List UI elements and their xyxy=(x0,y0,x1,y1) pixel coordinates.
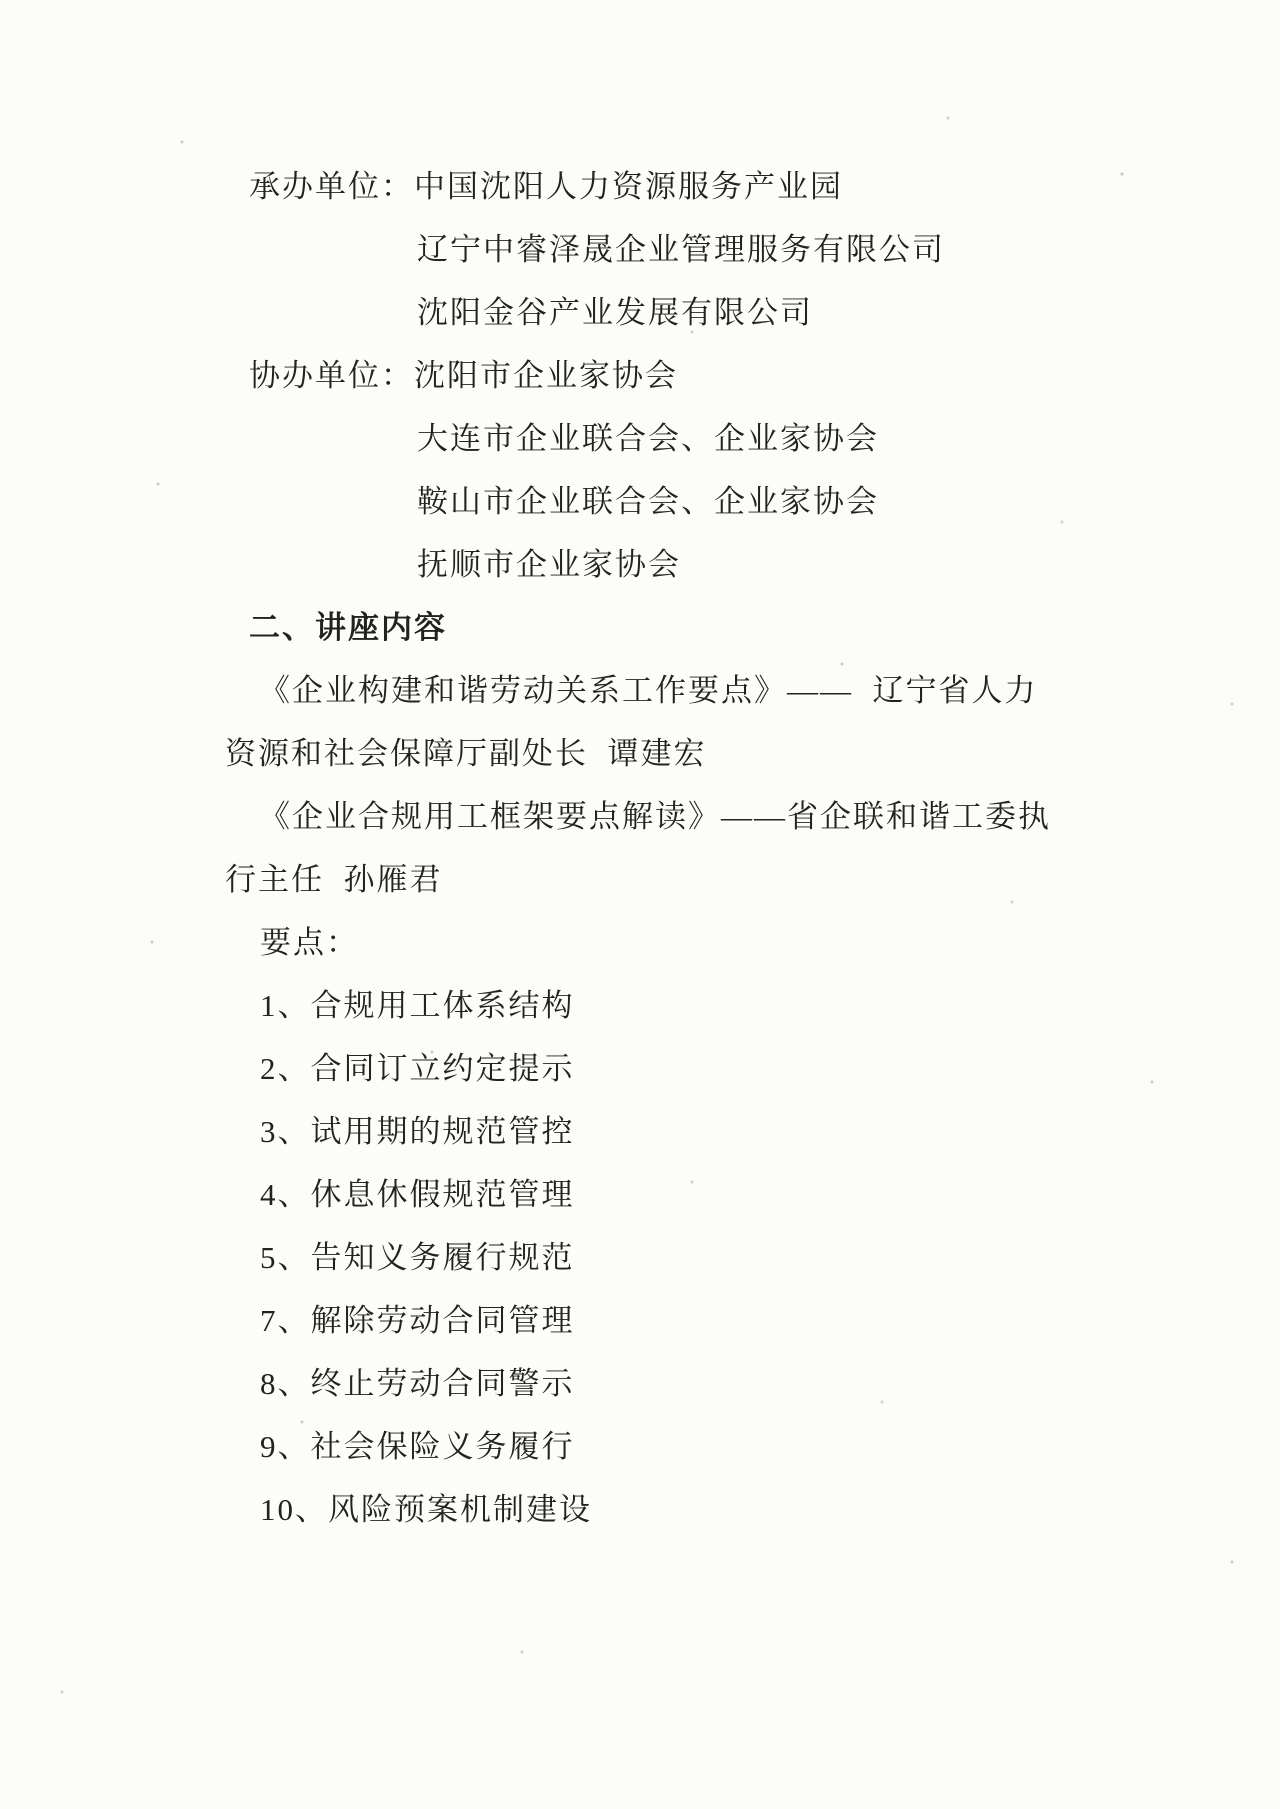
co-organizer-line: 协办单位：沈阳市企业家协会 xyxy=(225,344,1225,407)
co-organizer-label: 协办单位： xyxy=(249,358,414,393)
undertaker-item-1: 中国沈阳人力资源服务产业园 xyxy=(414,169,843,204)
key-point-item-8: 8、终止劳动合同警示 xyxy=(225,1352,1225,1415)
key-point-item-7: 7、解除劳动合同管理 xyxy=(225,1289,1225,1352)
key-points-label: 要点： xyxy=(225,911,1225,974)
lecture2-title-line: 《企业合规用工框架要点解读》——省企联和谐工委执 xyxy=(225,785,1225,848)
key-point-item-9: 9、社会保险义务履行 xyxy=(225,1415,1225,1478)
undertaker-item-3: 沈阳金谷产业发展有限公司 xyxy=(225,281,1225,344)
key-point-item-10: 10、风险预案机制建设 xyxy=(225,1478,1225,1541)
co-organizer-item-4: 抚顺市企业家协会 xyxy=(225,533,1225,596)
key-point-item-5: 5、告知义务履行规范 xyxy=(225,1226,1225,1289)
key-point-item-4: 4、休息休假规范管理 xyxy=(225,1163,1225,1226)
document-body: 承办单位：中国沈阳人力资源服务产业园 辽宁中睿泽晟企业管理服务有限公司 沈阳金谷… xyxy=(225,155,1225,1541)
undertaker-item-2: 辽宁中睿泽晟企业管理服务有限公司 xyxy=(225,218,1225,281)
key-point-item-3: 3、试用期的规范管控 xyxy=(225,1100,1225,1163)
lecture1-speaker-line: 资源和社会保障厅副处长 谭建宏 xyxy=(225,722,1225,785)
document-scan-page: 承办单位：中国沈阳人力资源服务产业园 辽宁中睿泽晟企业管理服务有限公司 沈阳金谷… xyxy=(0,0,1280,1809)
co-organizer-item-2: 大连市企业联合会、企业家协会 xyxy=(225,407,1225,470)
undertaker-label: 承办单位： xyxy=(249,169,414,204)
co-organizer-item-3: 鞍山市企业联合会、企业家协会 xyxy=(225,470,1225,533)
co-organizer-item-1: 沈阳市企业家协会 xyxy=(414,358,678,393)
lecture1-title-line: 《企业构建和谐劳动关系工作要点》—— 辽宁省人力 xyxy=(225,659,1225,722)
undertaker-line: 承办单位：中国沈阳人力资源服务产业园 xyxy=(225,155,1225,218)
key-point-item-2: 2、合同订立约定提示 xyxy=(225,1037,1225,1100)
section-heading: 二、讲座内容 xyxy=(225,596,1225,659)
lecture2-speaker-line: 行主任 孙雁君 xyxy=(225,848,1225,911)
key-point-item-1: 1、合规用工体系结构 xyxy=(225,974,1225,1037)
